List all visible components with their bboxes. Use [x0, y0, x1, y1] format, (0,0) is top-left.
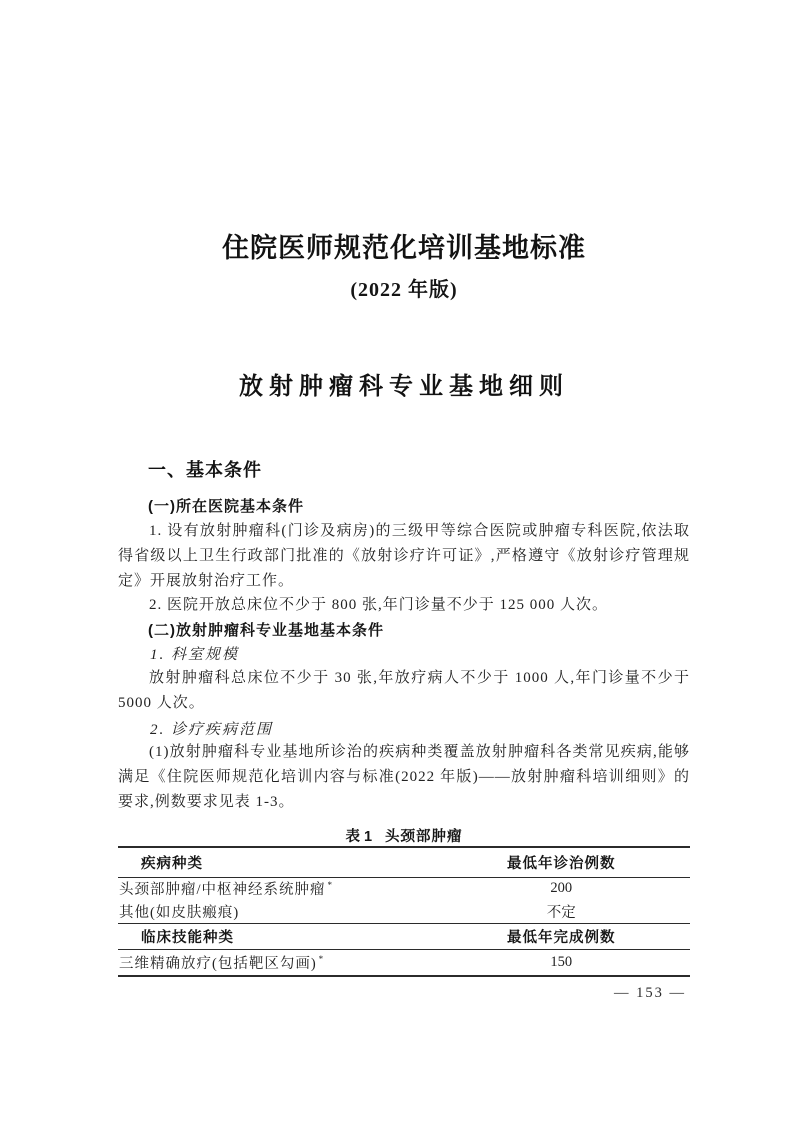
footnote-asterisk: *: [319, 954, 325, 964]
column-header-min-annual-cases-completed: 最低年完成例数: [433, 923, 690, 949]
column-header-disease-type: 疾病种类: [118, 847, 433, 877]
table-row: 其他(如皮肤瘢痕) 不定: [118, 900, 690, 923]
document-page: 住院医师规范化培训基地标准 (2022 年版) 放射肿瘤科专业基地细则 一、基本…: [0, 0, 800, 1131]
cell-case-count: 不定: [433, 900, 690, 923]
disease-name-text: 头颈部肿瘤/中枢神经系统肿瘤: [119, 882, 326, 898]
section-heading-basic-conditions: 一、基本条件: [118, 458, 690, 483]
doc-title: 住院医师规范化培训基地标准: [118, 226, 690, 265]
cell-disease-name: 头颈部肿瘤/中枢神经系统肿瘤*: [118, 877, 433, 900]
list-item-department-scale: 1. 科室规模: [118, 643, 690, 668]
cell-disease-name: 其他(如皮肤瘢痕): [118, 900, 433, 923]
chapter-title: 放射肿瘤科专业基地细则: [118, 366, 690, 401]
table-header-row-skills: 临床技能种类 最低年完成例数: [118, 923, 690, 949]
table-head-neck-tumors: 疾病种类 最低年诊治例数 头颈部肿瘤/中枢神经系统肿瘤* 200 其他(如皮肤瘢…: [118, 846, 690, 977]
skill-name-text: 三维精确放疗(包括靶区勾画): [119, 956, 317, 972]
table-caption-label: 表 1: [345, 829, 372, 845]
table-row: 三维精确放疗(包括靶区勾画)* 150: [118, 949, 690, 976]
subsection-heading-specialty-base-conditions: (二)放射肿瘤科专业基地基本条件: [118, 618, 690, 643]
table-caption-title: 头颈部肿瘤: [385, 829, 463, 845]
cell-case-count: 200: [433, 877, 690, 900]
disease-name-text: 其他(如皮肤瘢痕): [119, 905, 239, 921]
table-row: 头颈部肿瘤/中枢神经系统肿瘤* 200: [118, 877, 690, 900]
doc-edition: (2022 年版): [118, 273, 690, 302]
footnote-asterisk: *: [328, 880, 334, 890]
subsection-heading-hospital-conditions: (一)所在医院基本条件: [118, 494, 690, 519]
paragraph-disease-scope: (1)放射肿瘤科专业基地所诊治的疾病种类覆盖放射肿瘤科各类常见疾病,能够满足《住…: [118, 740, 690, 815]
table-header-row-diseases: 疾病种类 最低年诊治例数: [118, 847, 690, 877]
paragraph-department-scale: 放射肿瘤科总床位不少于 30 张,年放疗病人不少于 1000 人,年门诊量不少于…: [118, 666, 690, 716]
page-number: — 153 —: [614, 985, 686, 1002]
paragraph-hospital-requirement-2: 2. 医院开放总床位不少于 800 张,年门诊量不少于 125 000 人次。: [118, 593, 690, 618]
column-header-clinical-skill-type: 临床技能种类: [118, 923, 433, 949]
cell-skill-name: 三维精确放疗(包括靶区勾画)*: [118, 949, 433, 976]
paragraph-hospital-requirement-1: 1. 设有放射肿瘤科(门诊及病房)的三级甲等综合医院或肿瘤专科医院,依法取得省级…: [118, 519, 690, 594]
column-header-min-annual-cases-treated: 最低年诊治例数: [433, 847, 690, 877]
cell-case-count: 150: [433, 949, 690, 976]
